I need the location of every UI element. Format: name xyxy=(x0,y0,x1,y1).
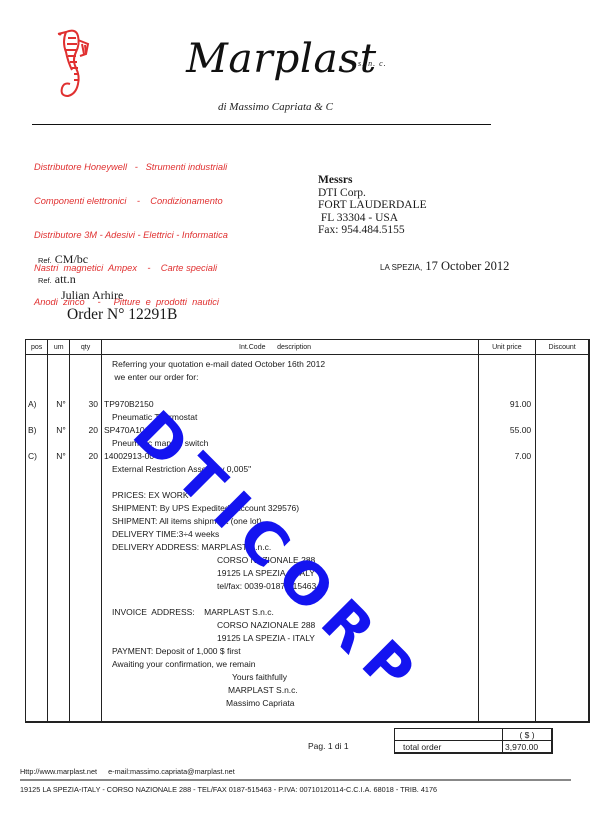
col-header-discount: Discount xyxy=(536,340,589,355)
pos-column: A) B) C) xyxy=(26,355,48,723)
ref-value: att.n xyxy=(55,272,76,286)
item-code: TP970B2150 xyxy=(104,399,154,409)
reference-2: Ref. att.n Julian Arhire xyxy=(38,272,123,302)
item-qty: 20 xyxy=(89,451,98,461)
discount-column xyxy=(536,355,589,723)
date-city: LA SPEZIA, xyxy=(380,263,422,272)
item-qty: 20 xyxy=(89,425,98,435)
footer-links: Http://www.marplast.net e-mail:massimo.c… xyxy=(20,767,235,776)
company-subtitle: di Massimo Capriata & C xyxy=(218,101,333,113)
company-name: Marplast xyxy=(186,36,377,82)
term-line: DELIVERY TIME:3÷4 weeks xyxy=(112,529,219,539)
business-line: Distributore 3M - Adesivi - Elettrici - … xyxy=(34,230,228,241)
signature-line: Yours faithfully xyxy=(232,672,287,682)
header-divider xyxy=(32,124,491,125)
item-unit-price: 91.00 xyxy=(510,399,531,409)
qty-column: 30 20 20 xyxy=(70,355,102,723)
item-unit-price: 55.00 xyxy=(510,425,531,435)
intro-line: Referring your quotation e-mail dated Oc… xyxy=(112,359,325,369)
item-pos: A) xyxy=(28,399,37,409)
payment-line: PAYMENT: Deposit of 1,000 $ first xyxy=(112,646,241,656)
item-pos: B) xyxy=(28,425,37,435)
totals-value: 3,970.00 xyxy=(503,741,553,754)
signature-line: MARPLAST S.n.c. xyxy=(228,685,298,695)
invoice-address-label: INVOICE ADDRESS: MARPLAST S.n.c. xyxy=(112,607,274,617)
order-table: pos um qty Int.Code description Unit pri… xyxy=(25,339,590,723)
totals-label: total order xyxy=(395,741,503,754)
footer-address: 19125 LA SPEZIA-ITALY - CORSO NAZIONALE … xyxy=(20,785,437,794)
table-header-row: pos um qty Int.Code description Unit pri… xyxy=(26,340,590,355)
unit-price-column: 91.00 55.00 7.00 xyxy=(478,355,536,723)
ref-label: Ref. xyxy=(38,256,52,265)
totals-currency: ( $ ) xyxy=(503,729,553,741)
intro-line: we enter our order for: xyxy=(112,372,198,382)
item-um: N° xyxy=(56,399,66,409)
reference-1: Ref. CM/bc xyxy=(38,252,88,267)
col-header-pos: pos xyxy=(26,340,48,355)
page-number: Pag. 1 di 1 xyxy=(308,741,349,751)
company-suffix: s. n. c. xyxy=(358,59,387,68)
recipient-line: Fax: 954.484.5155 xyxy=(318,224,427,237)
col-header-unit-price: Unit price xyxy=(478,340,536,355)
invoice-address-line: 19125 LA SPEZIA - ITALY xyxy=(217,633,315,643)
um-column: N° N° N° xyxy=(48,355,70,723)
recipient-line: FORT LAUDERDALE xyxy=(318,199,427,212)
col-header-um: um xyxy=(48,340,70,355)
item-um: N° xyxy=(56,451,66,461)
email-link[interactable]: e-mail:massimo.capriata@marplast.net xyxy=(108,767,235,776)
recipient-line: DTI Corp. xyxy=(318,187,427,200)
col-header-description: Int.Code description xyxy=(102,340,479,355)
business-line: Componenti elettronici - Condizionamento xyxy=(34,196,228,207)
item-qty: 30 xyxy=(89,399,98,409)
signature-line: Massimo Capriata xyxy=(226,698,295,708)
seahorse-icon xyxy=(52,26,94,102)
website-link[interactable]: Http://www.marplast.net xyxy=(20,767,97,776)
col-header-qty: qty xyxy=(70,340,102,355)
ref-label: Ref. xyxy=(38,276,52,285)
ref-value: CM/bc xyxy=(55,252,88,266)
recipient-line: FL 33304 - USA xyxy=(318,212,427,225)
date-value: 17 October 2012 xyxy=(425,259,509,273)
attention-name: Julian Arhire xyxy=(38,288,123,302)
footer-divider xyxy=(20,779,571,781)
recipient-heading: Messrs xyxy=(318,174,353,186)
order-title: Order N° 12291B xyxy=(67,306,177,324)
item-um: N° xyxy=(56,425,66,435)
closing-line: Awaiting your confirmation, we remain xyxy=(112,659,255,669)
item-unit-price: 7.00 xyxy=(515,451,532,461)
recipient-block: Messrs DTI Corp. FORT LAUDERDALE FL 3330… xyxy=(318,174,427,237)
business-line: Distributore Honeywell - Strumenti indus… xyxy=(34,162,228,173)
item-pos: C) xyxy=(28,451,37,461)
totals-box: ( $ ) total order 3,970.00 xyxy=(394,728,553,754)
document-date: LA SPEZIA, 17 October 2012 xyxy=(380,259,509,274)
